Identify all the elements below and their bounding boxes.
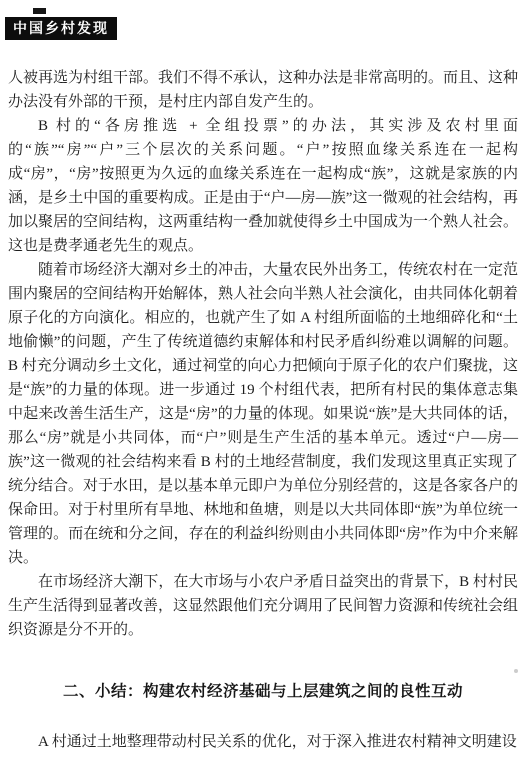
paragraph-continuation: 人被再选为村组干部。我们不得不承认，这种办法是非常高明的。而且、这种办法没有外部… xyxy=(8,66,518,114)
paragraph: B 村的“各房推选 + 全组投票”的办法，其实涉及农村里面的“族”“房”“户”三… xyxy=(8,114,518,258)
series-title-badge: 中国乡村发现 xyxy=(5,17,117,40)
paragraph: A 村通过土地整理带动村民关系的优化，对于深入推进农村精神文明建设 xyxy=(8,730,518,754)
paragraph: 在市场经济大潮下，在大市场与小农户矛盾日益突出的背景下，B 村村民生产生活得到显… xyxy=(8,570,518,642)
section-heading: 二、小结：构建农村经济基础与上层建筑之间的良性互动 xyxy=(8,680,518,704)
series-title-label: 中国乡村发现 xyxy=(13,20,109,36)
paragraph: 随着市场经济大潮对乡土的冲击，大量农民外出务工，传统农村在一定范围内聚居的空间结… xyxy=(8,258,518,570)
scan-artifact-mark xyxy=(33,8,46,14)
scan-speck-artifact xyxy=(514,669,518,673)
document-body: 人被再选为村组干部。我们不得不承认，这种办法是非常高明的。而且、这种办法没有外部… xyxy=(8,66,518,754)
document-page: 中国乡村发现 人被再选为村组干部。我们不得不承认，这种办法是非常高明的。而且、这… xyxy=(0,0,526,767)
